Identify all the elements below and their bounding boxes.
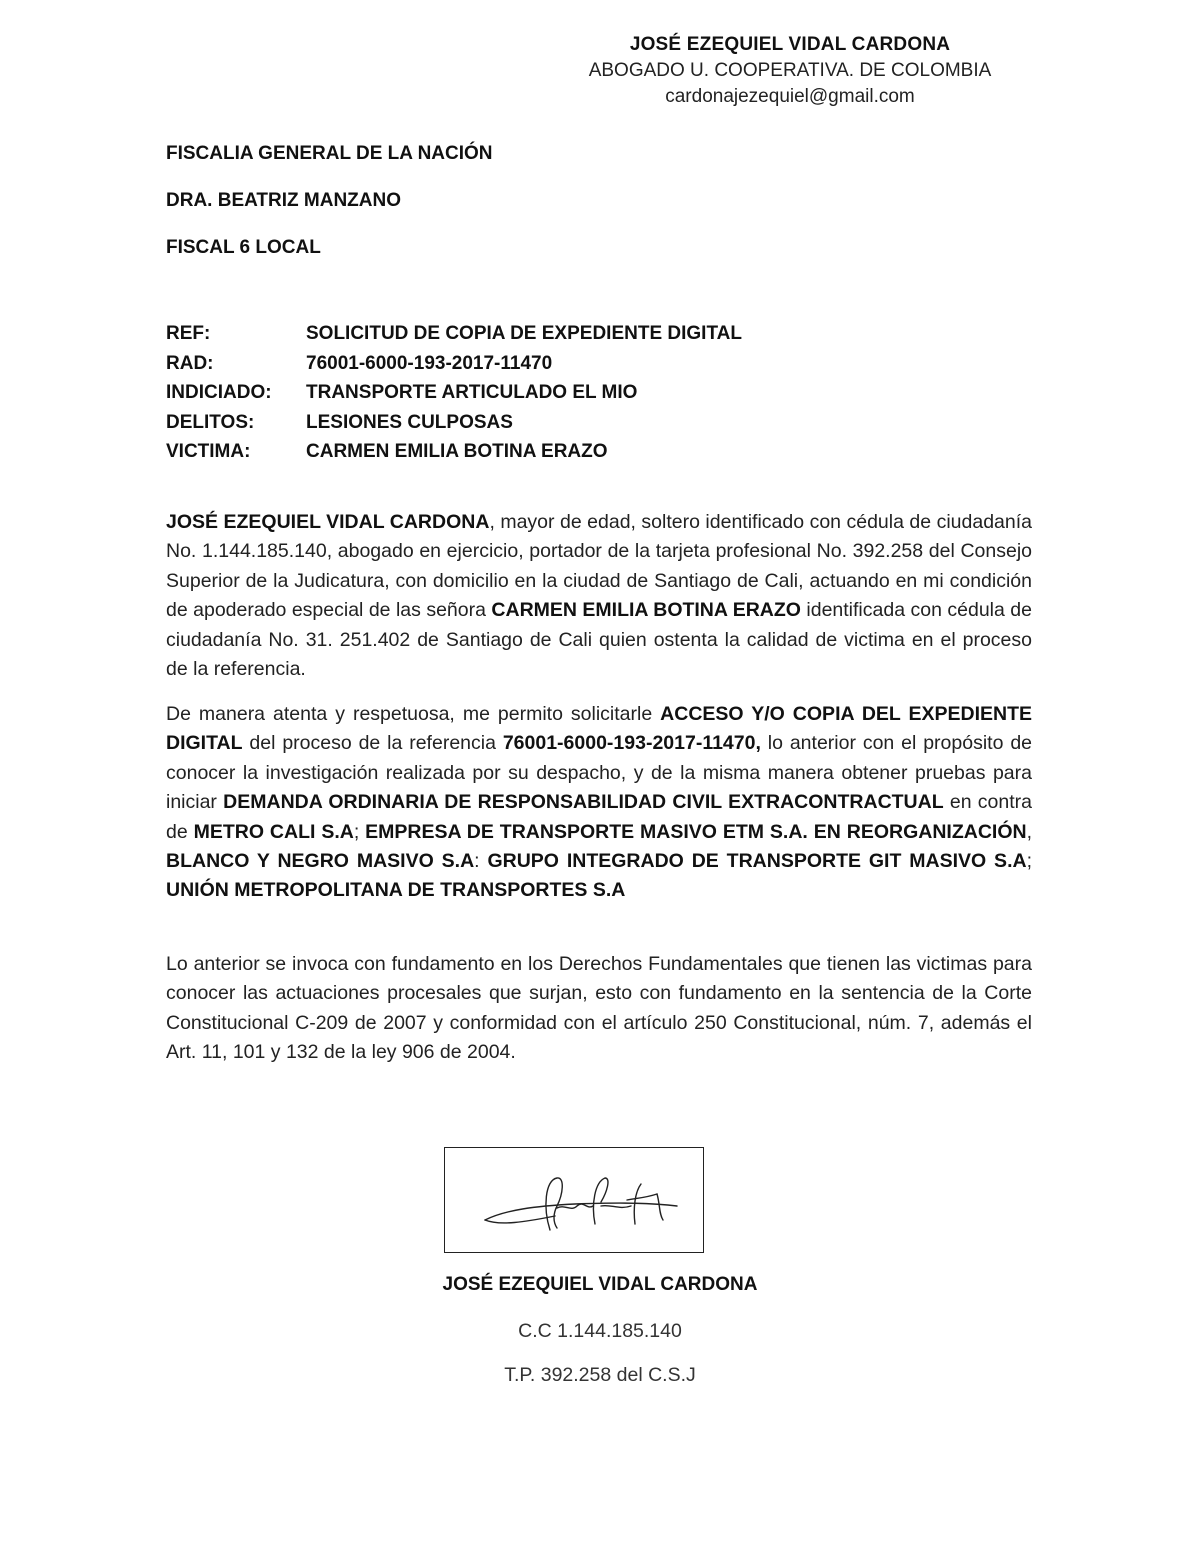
reference-value: TRANSPORTE ARTICULADO EL MIO [306, 378, 637, 408]
reference-row: DELITOS: LESIONES CULPOSAS [166, 408, 742, 438]
text-run: : [474, 850, 487, 872]
recipient: DRA. BEATRIZ MANZANO [166, 187, 493, 234]
signer-professional-card: T.P. 392.258 del C.S.J [400, 1364, 800, 1387]
text-run: De manera atenta y respetuosa, me permit… [166, 703, 660, 725]
reference-value: 76001-6000-193-2017-11470 [306, 349, 552, 379]
reference-row: VICTIMA: CARMEN EMILIA BOTINA ERAZO [166, 437, 742, 467]
bold-text-run: CARMEN EMILIA BOTINA ERAZO [491, 599, 801, 621]
body-paragraph-legal-basis: Lo anterior se invoca con fundamento en … [166, 950, 1032, 1068]
signer-id-number: C.C 1.144.185.140 [400, 1320, 800, 1343]
bold-text-run: METRO CALI S.A [194, 821, 354, 843]
office: FISCAL 6 LOCAL [166, 234, 493, 281]
signer-name: JOSÉ EZEQUIEL VIDAL CARDONA [400, 1274, 800, 1296]
reference-label: VICTIMA: [166, 437, 306, 467]
reference-row: RAD: 76001-6000-193-2017-11470 [166, 349, 742, 379]
bold-text-run: UNIÓN METROPOLITANA DE TRANSPORTES S.A [166, 879, 625, 901]
text-run: ; [354, 821, 365, 843]
text-run: Lo anterior se invoca con fundamento en … [166, 953, 1032, 1063]
addressee-block: FISCALIA GENERAL DE LA NACIÓN DRA. BEATR… [166, 140, 493, 281]
institution: FISCALIA GENERAL DE LA NACIÓN [166, 140, 493, 187]
text-run: ; [1027, 850, 1032, 872]
reference-label: INDICIADO: [166, 378, 306, 408]
bold-text-run: EMPRESA DE TRANSPORTE MASIVO ETM S.A. EN… [365, 821, 1026, 843]
reference-block: REF: SOLICITUD DE COPIA DE EXPEDIENTE DI… [166, 319, 742, 467]
bold-text-run: DEMANDA ORDINARIA DE RESPONSABILIDAD CIV… [223, 791, 943, 813]
reference-value: CARMEN EMILIA BOTINA ERAZO [306, 437, 608, 467]
bold-text-run: 76001-6000-193-2017-11470, [503, 732, 761, 754]
author-name: JOSÉ EZEQUIEL VIDAL CARDONA [560, 32, 1020, 58]
reference-label: RAD: [166, 349, 306, 379]
text-run: , [1027, 821, 1032, 843]
body-paragraph-identification: JOSÉ EZEQUIEL VIDAL CARDONA, mayor de ed… [166, 508, 1032, 684]
author-title: ABOGADO U. COOPERATIVA. DE COLOMBIA [560, 58, 1020, 84]
reference-row: REF: SOLICITUD DE COPIA DE EXPEDIENTE DI… [166, 319, 742, 349]
reference-label: DELITOS: [166, 408, 306, 438]
bold-text-run: JOSÉ EZEQUIEL VIDAL CARDONA [166, 511, 489, 533]
bold-text-run: GRUPO INTEGRADO DE TRANSPORTE GIT MASIVO… [487, 850, 1026, 872]
reference-value: SOLICITUD DE COPIA DE EXPEDIENTE DIGITAL [306, 319, 742, 349]
reference-label: REF: [166, 319, 306, 349]
handwritten-signature-icon [445, 1148, 705, 1254]
letterhead: JOSÉ EZEQUIEL VIDAL CARDONA ABOGADO U. C… [560, 32, 1020, 110]
author-email: cardonajezequiel@gmail.com [560, 84, 1020, 110]
reference-row: INDICIADO: TRANSPORTE ARTICULADO EL MIO [166, 378, 742, 408]
bold-text-run: BLANCO Y NEGRO MASIVO S.A [166, 850, 474, 872]
reference-value: LESIONES CULPOSAS [306, 408, 513, 438]
signature-box [444, 1147, 704, 1253]
body-paragraph-request: De manera atenta y respetuosa, me permit… [166, 700, 1032, 906]
text-run: del proceso de la referencia [243, 732, 503, 754]
